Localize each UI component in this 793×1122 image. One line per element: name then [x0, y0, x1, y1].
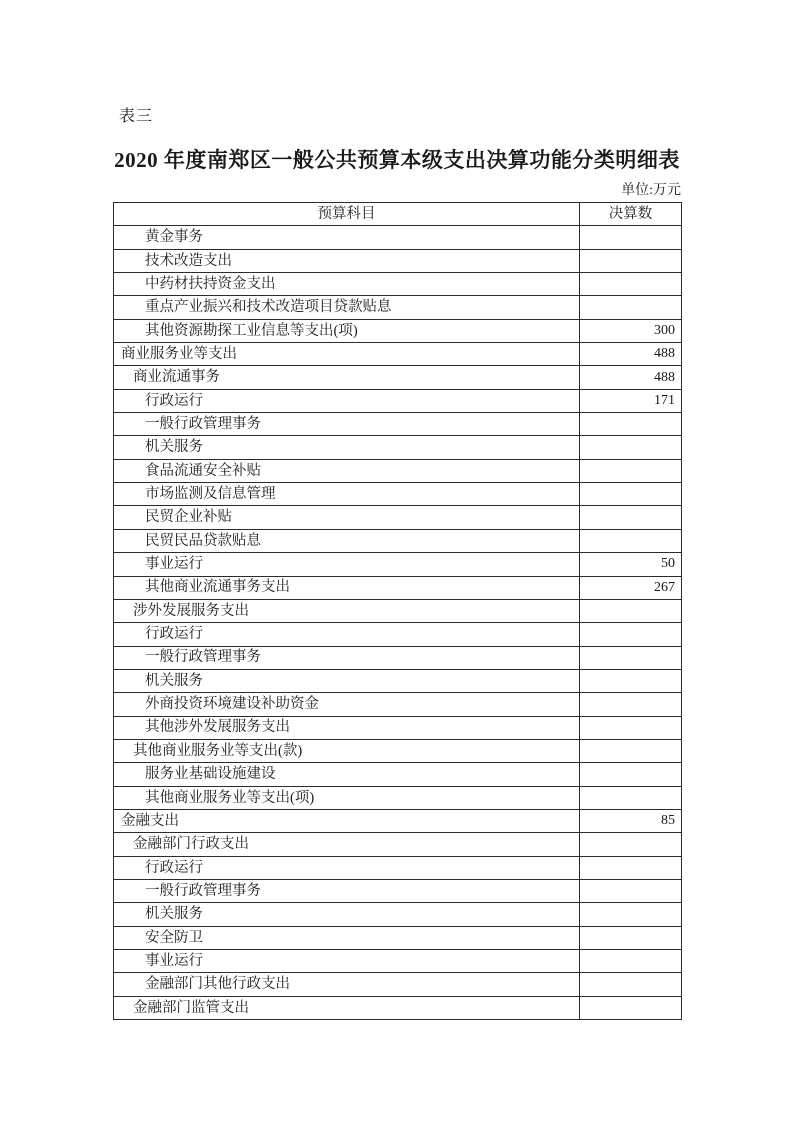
- table-row: 技术改造支出: [114, 249, 682, 272]
- amount-cell: [580, 879, 682, 902]
- amount-cell: [580, 856, 682, 879]
- subject-cell: 民贸民品贷款贴息: [114, 529, 580, 552]
- subject-cell: 民贸企业补贴: [114, 506, 580, 529]
- table-row: 中药材扶持资金支出: [114, 273, 682, 296]
- budget-table: 预算科目 决算数 黄金事务技术改造支出中药材扶持资金支出重点产业振兴和技术改造项…: [113, 202, 682, 1020]
- subject-cell: 技术改造支出: [114, 249, 580, 272]
- amount-cell: [580, 669, 682, 692]
- amount-cell: 85: [580, 809, 682, 832]
- subject-cell: 其他商业流通事务支出: [114, 576, 580, 599]
- table-row: 黄金事务: [114, 226, 682, 249]
- budget-table-header: 预算科目 决算数: [114, 203, 682, 226]
- subject-cell: 市场监测及信息管理: [114, 483, 580, 506]
- table-row: 金融部门行政支出: [114, 833, 682, 856]
- table-number-label: 表三: [119, 103, 153, 126]
- subject-cell: 行政运行: [114, 389, 580, 412]
- subject-cell: 安全防卫: [114, 926, 580, 949]
- subject-cell: 中药材扶持资金支出: [114, 273, 580, 296]
- table-row: 市场监测及信息管理: [114, 483, 682, 506]
- table-row: 其他商业服务业等支出(款): [114, 739, 682, 762]
- amount-cell: [580, 716, 682, 739]
- header-row: 预算科目 决算数: [114, 203, 682, 226]
- amount-cell: [580, 599, 682, 622]
- document-page: 表三 2020 年度南郑区一般公共预算本级支出决算功能分类明细表 单位:万元 预…: [0, 0, 793, 1122]
- amount-cell: [580, 623, 682, 646]
- table-row: 金融部门监管支出: [114, 996, 682, 1019]
- subject-cell: 商业服务业等支出: [114, 343, 580, 366]
- amount-cell: [580, 926, 682, 949]
- amount-cell: [580, 249, 682, 272]
- table-row: 其他商业服务业等支出(项): [114, 786, 682, 809]
- amount-cell: [580, 436, 682, 459]
- subject-cell: 金融部门行政支出: [114, 833, 580, 856]
- table-row: 金融部门其他行政支出: [114, 973, 682, 996]
- table-row: 其他涉外发展服务支出: [114, 716, 682, 739]
- subject-cell: 一般行政管理事务: [114, 646, 580, 669]
- table-row: 机关服务: [114, 436, 682, 459]
- unit-label: 单位:万元: [621, 179, 681, 199]
- subject-cell: 商业流通事务: [114, 366, 580, 389]
- amount-cell: [580, 833, 682, 856]
- table-row: 商业流通事务488: [114, 366, 682, 389]
- table-row: 其他资源勘探工业信息等支出(项)300: [114, 319, 682, 342]
- table-row: 行政运行: [114, 856, 682, 879]
- subject-cell: 黄金事务: [114, 226, 580, 249]
- amount-cell: [580, 739, 682, 762]
- amount-cell: [580, 646, 682, 669]
- table-row: 其他商业流通事务支出267: [114, 576, 682, 599]
- amount-cell: 488: [580, 366, 682, 389]
- subject-cell: 其他商业服务业等支出(款): [114, 739, 580, 762]
- amount-cell: [580, 226, 682, 249]
- table-row: 一般行政管理事务: [114, 413, 682, 436]
- subject-cell: 外商投资环境建设补助资金: [114, 693, 580, 716]
- table-row: 食品流通安全补贴: [114, 459, 682, 482]
- subject-cell: 机关服务: [114, 436, 580, 459]
- subject-cell: 服务业基础设施建设: [114, 763, 580, 786]
- table-row: 商业服务业等支出488: [114, 343, 682, 366]
- amount-cell: 50: [580, 553, 682, 576]
- table-row: 机关服务: [114, 903, 682, 926]
- subject-cell: 行政运行: [114, 856, 580, 879]
- budget-table-body: 黄金事务技术改造支出中药材扶持资金支出重点产业振兴和技术改造项目贷款贴息其他资源…: [114, 226, 682, 1020]
- amount-cell: 171: [580, 389, 682, 412]
- amount-cell: [580, 786, 682, 809]
- subject-cell: 其他涉外发展服务支出: [114, 716, 580, 739]
- subject-cell: 一般行政管理事务: [114, 879, 580, 902]
- amount-cell: 300: [580, 319, 682, 342]
- amount-cell: [580, 506, 682, 529]
- amount-cell: [580, 950, 682, 973]
- table-row: 外商投资环境建设补助资金: [114, 693, 682, 716]
- amount-cell: [580, 459, 682, 482]
- subject-cell: 一般行政管理事务: [114, 413, 580, 436]
- subject-cell: 金融支出: [114, 809, 580, 832]
- table-row: 行政运行: [114, 623, 682, 646]
- table-row: 重点产业振兴和技术改造项目贷款贴息: [114, 296, 682, 319]
- amount-cell: [580, 693, 682, 716]
- amount-cell: [580, 996, 682, 1019]
- amount-cell: [580, 483, 682, 506]
- table-row: 服务业基础设施建设: [114, 763, 682, 786]
- amount-cell: 267: [580, 576, 682, 599]
- table-row: 安全防卫: [114, 926, 682, 949]
- table-row: 民贸企业补贴: [114, 506, 682, 529]
- table-row: 事业运行50: [114, 553, 682, 576]
- table-row: 事业运行: [114, 950, 682, 973]
- column-header-subject: 预算科目: [114, 203, 580, 226]
- subject-cell: 其他资源勘探工业信息等支出(项): [114, 319, 580, 342]
- subject-cell: 机关服务: [114, 903, 580, 926]
- subject-cell: 涉外发展服务支出: [114, 599, 580, 622]
- amount-cell: [580, 529, 682, 552]
- document-title: 2020 年度南郑区一般公共预算本级支出决算功能分类明细表: [113, 144, 681, 174]
- subject-cell: 重点产业振兴和技术改造项目贷款贴息: [114, 296, 580, 319]
- subject-cell: 金融部门其他行政支出: [114, 973, 580, 996]
- subject-cell: 其他商业服务业等支出(项): [114, 786, 580, 809]
- amount-cell: [580, 973, 682, 996]
- subject-cell: 机关服务: [114, 669, 580, 692]
- table-row: 一般行政管理事务: [114, 879, 682, 902]
- table-row: 机关服务: [114, 669, 682, 692]
- amount-cell: [580, 903, 682, 926]
- amount-cell: [580, 763, 682, 786]
- subject-cell: 行政运行: [114, 623, 580, 646]
- table-row: 民贸民品贷款贴息: [114, 529, 682, 552]
- table-row: 涉外发展服务支出: [114, 599, 682, 622]
- subject-cell: 金融部门监管支出: [114, 996, 580, 1019]
- table-row: 金融支出85: [114, 809, 682, 832]
- column-header-amount: 决算数: [580, 203, 682, 226]
- amount-cell: [580, 413, 682, 436]
- table-row: 一般行政管理事务: [114, 646, 682, 669]
- table-row: 行政运行171: [114, 389, 682, 412]
- subject-cell: 食品流通安全补贴: [114, 459, 580, 482]
- subject-cell: 事业运行: [114, 950, 580, 973]
- amount-cell: 488: [580, 343, 682, 366]
- subject-cell: 事业运行: [114, 553, 580, 576]
- amount-cell: [580, 273, 682, 296]
- amount-cell: [580, 296, 682, 319]
